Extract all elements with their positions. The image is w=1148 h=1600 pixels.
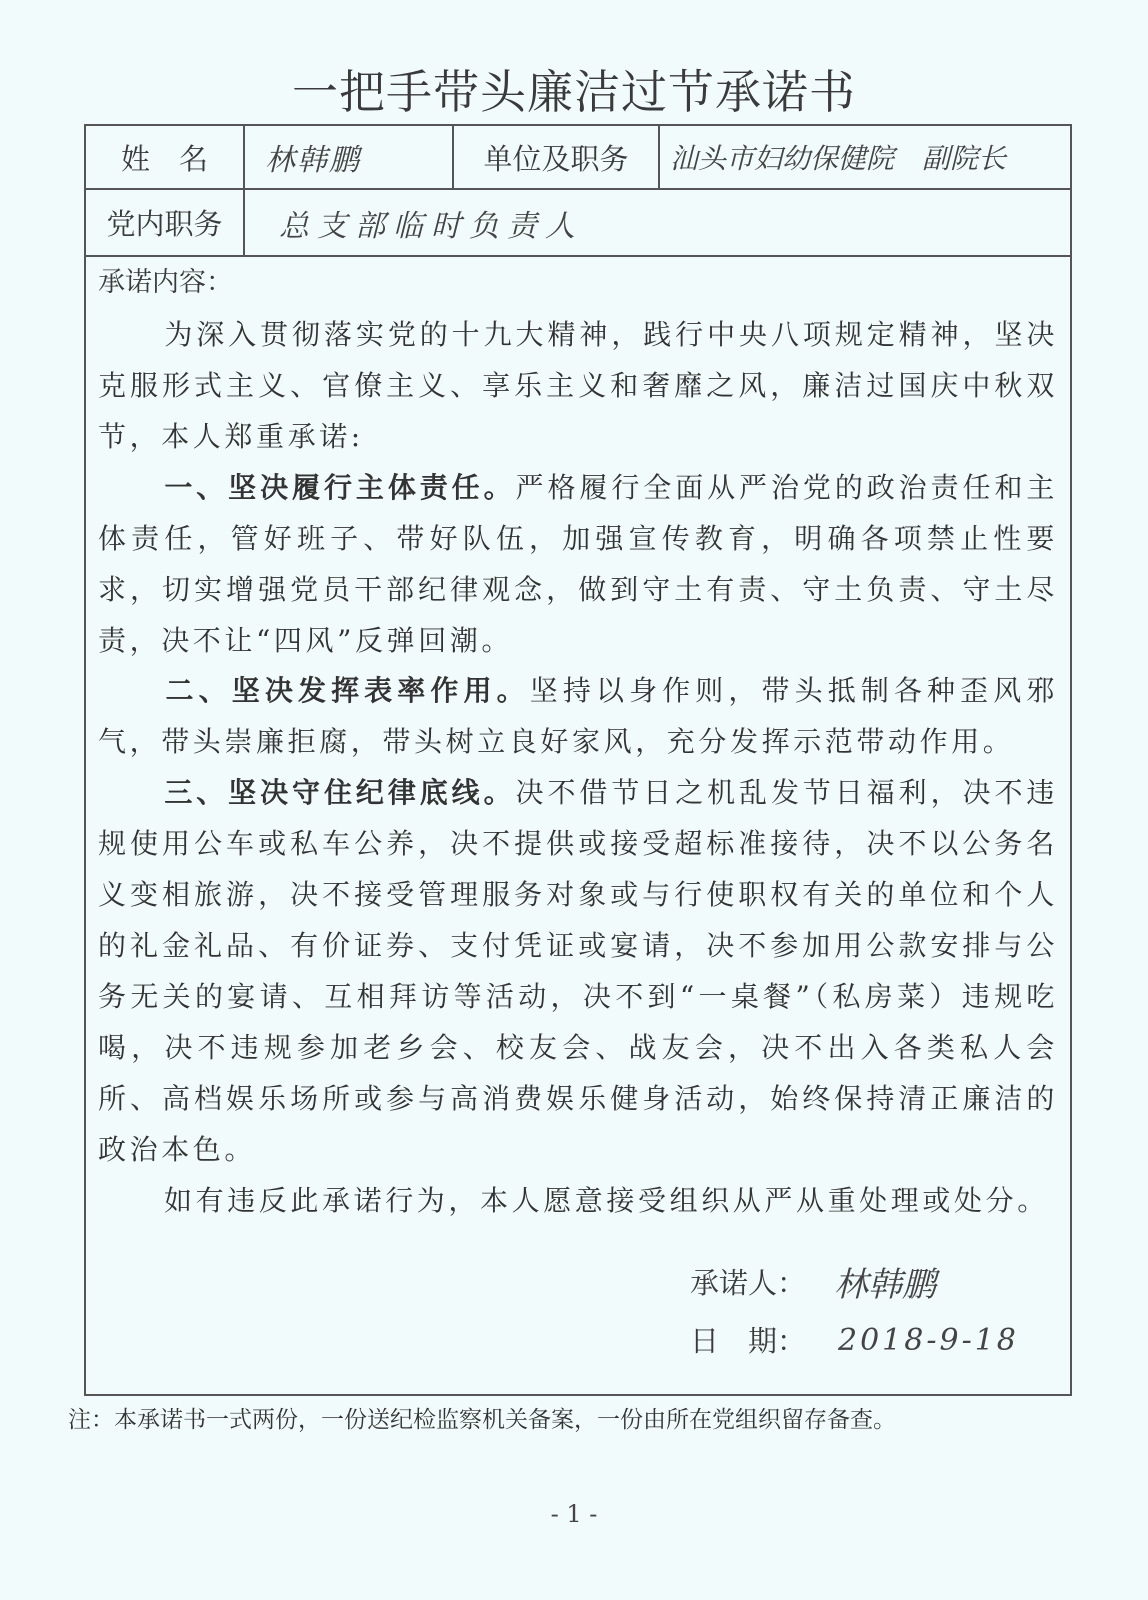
commitment-form-table: 姓 名 林韩鹏 单位及职务 汕头市妇幼保健院 副院长 党内职务 总支部临时负责人… [84,124,1072,1396]
clause-1-heading: 一、坚决履行主体责任。 [164,471,516,504]
intro-text: 为深入贯彻落实党的十九大精神，践行中央八项规定精神，坚决克服形式主义、官僚主义、… [98,318,1058,453]
clause-2-paragraph: 二、坚决发挥表率作用。坚持以身作则，带头抵制各种歪风邪气，带头崇廉拒腐，带头树立… [98,665,1058,767]
unit-position-value-handwritten: 汕头市妇幼保健院 副院长 [660,126,1070,188]
intro-paragraph: 为深入贯彻落实党的十九大精神，践行中央八项规定精神，坚决克服形式主义、官僚主义、… [98,309,1058,462]
document-title: 一把手带头廉洁过节承诺书 [0,62,1148,122]
closing-paragraph: 如有违反此承诺行为，本人愿意接受组织从严从重处理或处分。 [98,1175,1058,1226]
signer-label: 承诺人： [690,1263,806,1303]
clause-1-paragraph: 一、坚决履行主体责任。严格履行全面从严治党的政治责任和主体责任，管好班子、带好队… [98,462,1058,666]
name-label: 姓 名 [86,126,245,188]
name-value-handwritten: 林韩鹏 [245,126,454,188]
page-number: - 1 - [0,1500,1148,1528]
party-role-label: 党内职务 [86,190,245,255]
content-section-label: 承诺内容： [98,263,233,303]
party-role-value-handwritten: 总支部临时负责人 [245,190,1070,255]
footnote: 注：本承诺书一式两份，一份送纪检监察机关备案，一份由所在党组织留存备查。 [68,1400,1078,1440]
clause-3-body: 决不借节日之机乱发节日福利，决不违规使用公车或私车公养，决不提供或接受超标准接待… [98,776,1058,1166]
clause-3-heading: 三、坚决守住纪律底线。 [164,776,516,809]
clause-3-paragraph: 三、坚决守住纪律底线。决不借节日之机乱发节日福利，决不违规使用公车或私车公养，决… [98,767,1058,1175]
date-label: 日 期： [690,1321,806,1361]
closing-text: 如有违反此承诺行为，本人愿意接受组织从严从重处理或处分。 [164,1184,1049,1217]
form-row-party-role: 党内职务 总支部临时负责人 [86,190,1070,257]
clause-2-heading: 二、坚决发挥表率作用。 [164,674,530,707]
unit-position-label: 单位及职务 [454,126,660,188]
commitment-content-area: 承诺内容： 为深入贯彻落实党的十九大精神，践行中央八项规定精神，坚决克服形式主义… [86,257,1070,1394]
signer-signature-handwritten: 林韩鹏 [834,1257,936,1306]
form-row-name-unit: 姓 名 林韩鹏 单位及职务 汕头市妇幼保健院 副院长 [86,126,1070,190]
date-value-handwritten: 2018-9-18 [838,1323,1019,1358]
